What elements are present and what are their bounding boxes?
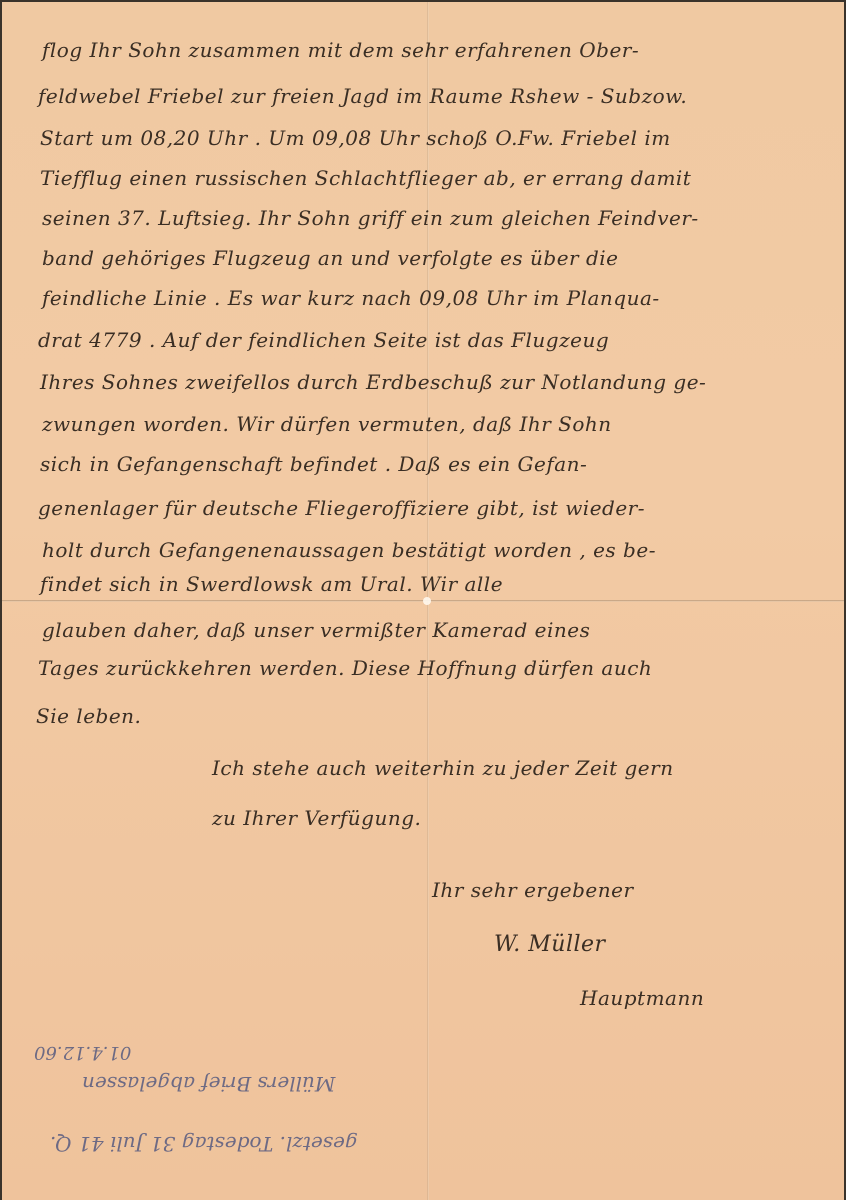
body-line: feldwebel Friebel zur freien Jagd im Rau…: [38, 84, 687, 108]
closing-line: Ich stehe auch weiterhin zu jeder Zeit g…: [212, 756, 674, 780]
body-line: glauben daher, daß unser vermißter Kamer…: [42, 618, 590, 642]
body-line: Tages zurückkehren werden. Diese Hoffnun…: [38, 656, 652, 680]
body-line: band gehöriges Flugzeug an und verfolgte…: [42, 246, 619, 270]
closing-line: zu Ihrer Verfügung.: [212, 806, 421, 830]
body-line: drat 4779 . Auf der feindlichen Seite is…: [38, 328, 609, 352]
pencil-note-brief: Müllers Brief abgelassen: [82, 1072, 335, 1096]
pencil-note-todestag: gesetzl. Todestag 31 Juli 41 Q.: [50, 1132, 358, 1156]
body-line: zwungen worden. Wir dürfen vermuten, daß…: [42, 412, 612, 436]
body-line: seinen 37. Luftsieg. Ihr Sohn griff ein …: [42, 206, 699, 230]
letter-page: flog Ihr Sohn zusammen mit dem sehr erfa…: [0, 0, 846, 1200]
body-line: flog Ihr Sohn zusammen mit dem sehr erfa…: [42, 38, 639, 62]
body-line: sich in Gefangenschaft befindet . Daß es…: [40, 452, 587, 476]
signature-salutation: Ihr sehr ergebener: [432, 878, 634, 902]
pencil-note-date: 01.4.12.60: [34, 1042, 131, 1063]
signature-rank: Hauptmann: [580, 986, 704, 1010]
signature-name: W. Müller: [494, 932, 606, 957]
body-line: Tiefflug einen russischen Schlachtfliege…: [40, 166, 691, 190]
body-line: holt durch Gefangenenaussagen bestätigt …: [42, 538, 656, 562]
body-line: Sie leben.: [36, 704, 141, 728]
fold-wear-hole: [423, 597, 431, 605]
body-line: findet sich in Swerdlowsk am Ural. Wir a…: [40, 572, 503, 596]
body-line: Start um 08,20 Uhr . Um 09,08 Uhr schoß …: [40, 126, 671, 150]
body-line: feindliche Linie . Es war kurz nach 09,0…: [42, 286, 660, 310]
body-line: Ihres Sohnes zweifellos durch Erdbeschuß…: [40, 370, 706, 394]
body-line: genenlager für deutsche Fliegeroffiziere…: [38, 496, 645, 520]
